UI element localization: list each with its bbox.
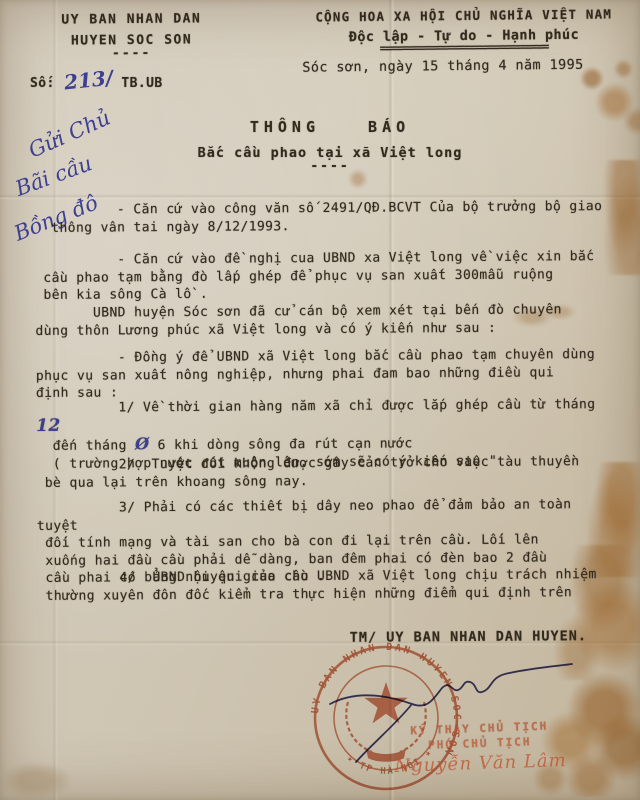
item-1-handwritten-month: 12 (36, 415, 61, 435)
item-1-text-a: 1/ Về thời gian hàng năm xã chỉ được lắp… (36, 397, 604, 416)
item-4: 4/ ỦBND huyện giao cho UBND xã Việt long… (37, 566, 615, 605)
scanned-document: UY BAN NHAN DAN HUYEN SOC SON ---- Số: 2… (0, 0, 640, 800)
item-2: 2/ Tuyệt đối không được gây cản trở cho … (36, 453, 614, 492)
approver-block: KÝ THAY CHỦ TỊCH PHÓ CHỦ TỊCH Nguyễn Văn… (379, 719, 581, 778)
paragraph-1: - Căn cứ vào công văn số 2491/QĐ.BCVT Củ… (35, 198, 613, 237)
paragraph-3: UBND huyện Sóc sơn đã cử cán bộ xem xét … (35, 301, 613, 340)
paragraph-2: - Căn cứ vào đề nghị cua UBND xa Việt lo… (35, 248, 613, 305)
paragraph-4: - Đồng ý để UBND xã Việt long bắc cầu ph… (36, 346, 614, 403)
item-1-handwritten-zero: Ø (135, 434, 149, 453)
